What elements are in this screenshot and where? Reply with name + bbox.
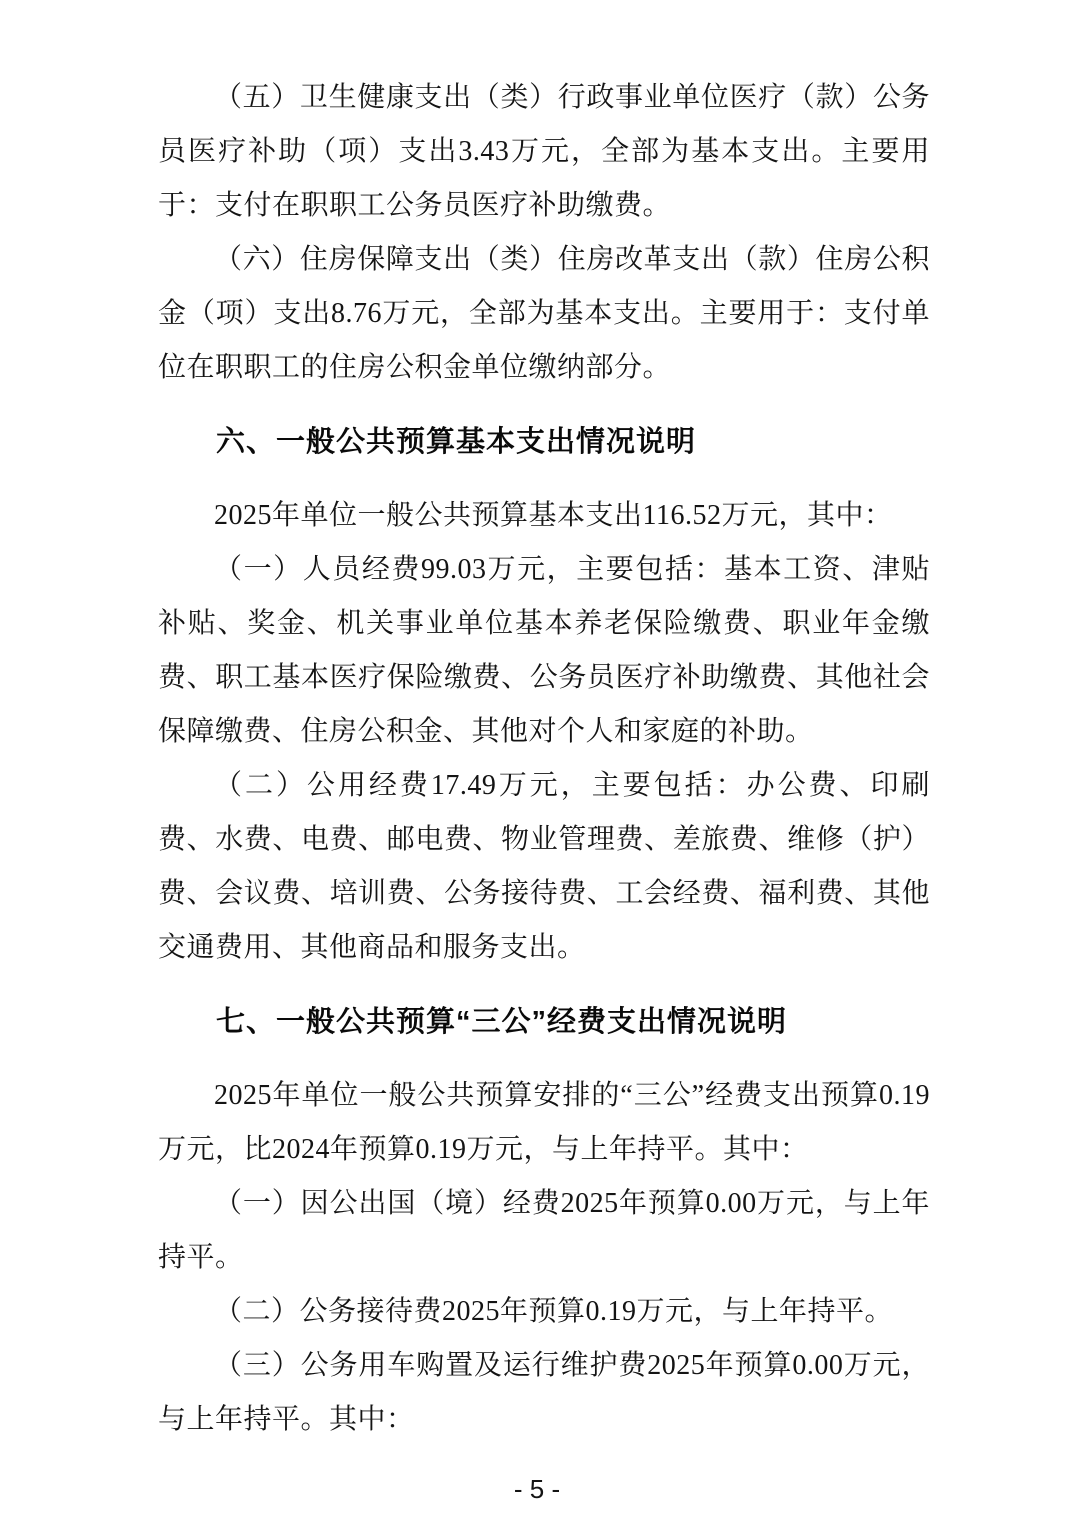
- paragraph-health-expenditure: （五）卫生健康支出（类）行政事业单位医疗（款）公务员医疗补助（项）支出3.43万…: [158, 71, 930, 233]
- paragraph-basic-expenditure-total: 2025年单位一般公共预算基本支出116.52万元，其中：: [158, 489, 930, 543]
- paragraph-personnel-funds: （一）人员经费99.03万元，主要包括：基本工资、津贴补贴、奖金、机关事业单位基…: [158, 543, 930, 759]
- paragraph-official-reception: （二）公务接待费2025年预算0.19万元，与上年持平。: [158, 1285, 930, 1339]
- document-body: （五）卫生健康支出（类）行政事业单位医疗（款）公务员医疗补助（项）支出3.43万…: [158, 71, 930, 1447]
- paragraph-three-public-total: 2025年单位一般公共预算安排的“三公”经费支出预算0.19万元，比2024年预…: [158, 1069, 930, 1177]
- heading-section-7-three-public-funds: 七、一般公共预算“三公”经费支出情况说明: [158, 995, 930, 1049]
- page-number: - 5 -: [0, 1472, 1074, 1506]
- heading-section-6-basic-expenditure: 六、一般公共预算基本支出情况说明: [158, 415, 930, 469]
- document-page: （五）卫生健康支出（类）行政事业单位医疗（款）公务员医疗补助（项）支出3.43万…: [0, 0, 1074, 1520]
- paragraph-public-funds: （二）公用经费17.49万元，主要包括：办公费、印刷费、水费、电费、邮电费、物业…: [158, 759, 930, 975]
- paragraph-official-vehicles: （三）公务用车购置及运行维护费2025年预算0.00万元，与上年持平。其中：: [158, 1339, 930, 1447]
- paragraph-overseas-travel: （一）因公出国（境）经费2025年预算0.00万元，与上年持平。: [158, 1177, 930, 1285]
- paragraph-housing-expenditure: （六）住房保障支出（类）住房改革支出（款）住房公积金（项）支出8.76万元，全部…: [158, 233, 930, 395]
